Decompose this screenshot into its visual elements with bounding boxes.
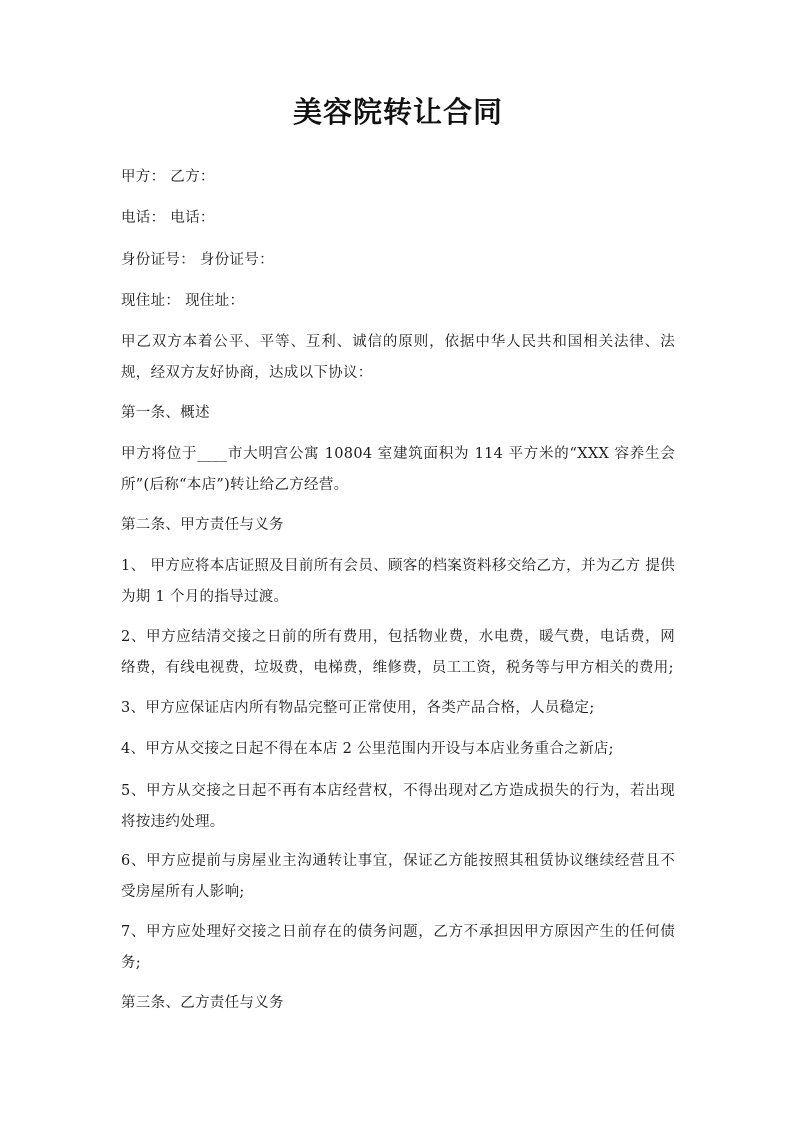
party-line-id: 身份证号： 身份证号： [121,245,675,276]
party-line-name: 甲方： 乙方： [121,162,675,193]
section-1-heading: 第一条、概述 [121,398,675,429]
section-2-item-7: 7、甲方应处理好交接之日前存在的债务问题，乙方不承担因甲方原因产生的任何债务; [121,917,675,979]
section-1-paragraph: 甲方将位于____市大明宫公寓 10804 室建筑面积为 114 平方米的“XX… [121,439,675,501]
document-title: 美容院转让合同 [121,92,675,132]
party-line-address: 现住址： 现住址： [121,286,675,317]
section-2-heading: 第二条、甲方责任与义务 [121,510,675,541]
section-2-item-6: 6、甲方应提前与房屋业主沟通转让事宜，保证乙方能按照其租赁协议继续经营且不受房屋… [121,846,675,908]
section-2-item-3: 3、甲方应保证店内所有物品完整可正常使用，各类产品合格，人员稳定; [121,693,675,724]
section-2-item-1: 1、 甲方应将本店证照及目前所有会员、顾客的档案资料移交给乙方，并为乙方 提供为… [121,551,675,613]
section-2-item-4: 4、甲方从交接之日起不得在本店 2 公里范围内开设与本店业务重合之新店; [121,734,675,765]
section-2-item-5: 5、甲方从交接之日起不再有本店经营权，不得出现对乙方造成损失的行为，若出现将按违… [121,776,675,838]
section-3-heading: 第三条、乙方责任与义务 [121,988,675,1019]
preamble: 甲乙双方本着公平、平等、互利、诚信的原则，依据中华人民共和国相关法律、法规，经双… [121,327,675,389]
party-line-phone: 电话： 电话： [121,203,675,234]
section-2-item-2: 2、甲方应结清交接之日前的所有费用，包括物业费，水电费，暖气费，电话费，网络费，… [121,622,675,684]
